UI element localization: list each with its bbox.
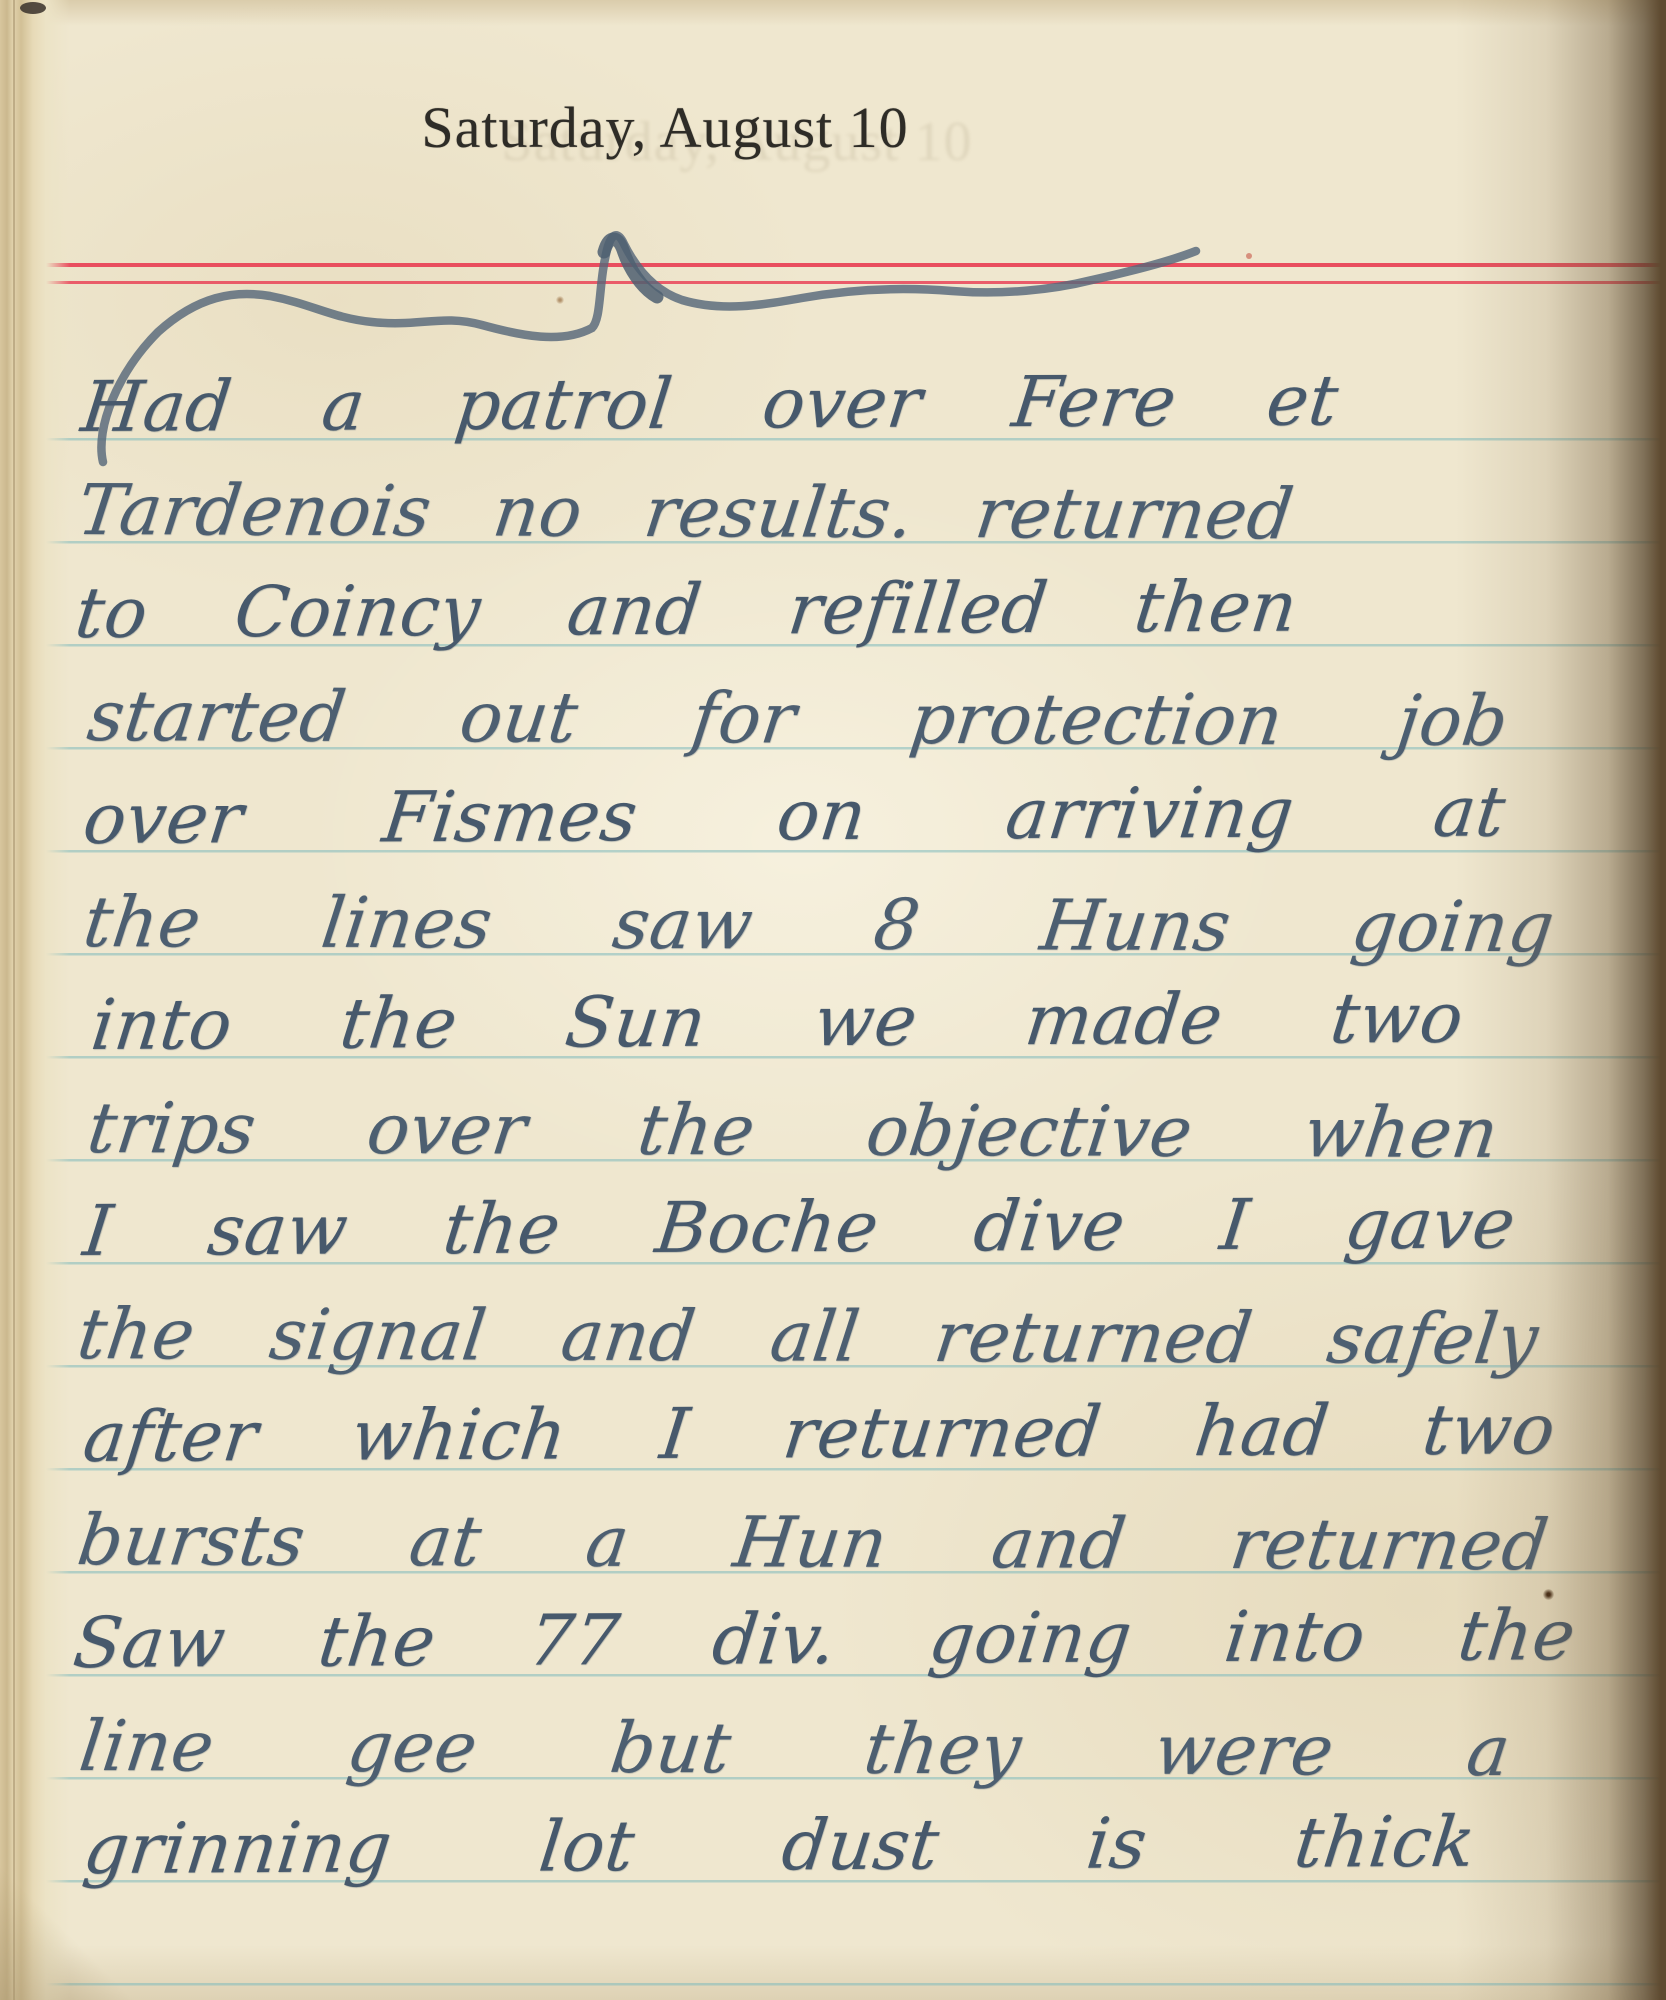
diary-page: Saturday, August 10 Saturday, August 10 … — [0, 0, 1666, 2000]
binding-gutter-shadow — [1456, 0, 1666, 2000]
entry-line: to Coincy and refilled then — [72, 572, 1301, 648]
entry-line: grinning lot dust is thick — [80, 1807, 1479, 1884]
entry-line: Tardenois no results. returned — [74, 475, 1297, 549]
entry-line: I saw the Boche dive I gave — [80, 1189, 1519, 1266]
page-edge-line — [13, 0, 15, 2000]
entry-line: the lines saw 8 Huns going — [80, 887, 1558, 962]
entry-line: Had a patrol over Fere et — [78, 365, 1342, 442]
entry-line: bursts at a Hun and returned — [74, 1505, 1552, 1580]
entry-line: Saw the 77 div. going into the — [70, 1600, 1579, 1678]
entry-line: into the Sun we made two — [88, 983, 1467, 1060]
ink-stain — [20, 2, 46, 14]
entry-line: after which I returned had two — [80, 1394, 1559, 1472]
red-rule-top — [0, 263, 1666, 267]
date-header: Saturday, August 10 — [0, 94, 1330, 161]
entry-line: line gee but they were a — [76, 1711, 1514, 1786]
entry-line: started out for protection job — [84, 681, 1512, 756]
entry-line: the signal and all returned safely — [74, 1299, 1542, 1374]
entry-line: over Fismes on arriving at — [80, 777, 1509, 854]
red-rule-bottom — [0, 281, 1666, 284]
entry-line: trips over the objective when — [84, 1093, 1502, 1168]
page-edge-left — [0, 0, 70, 2000]
paper-stain — [1246, 253, 1252, 259]
page-corner-shade — [0, 1850, 150, 2000]
paper-stain — [1543, 1589, 1554, 1600]
paper-stain — [556, 296, 564, 304]
